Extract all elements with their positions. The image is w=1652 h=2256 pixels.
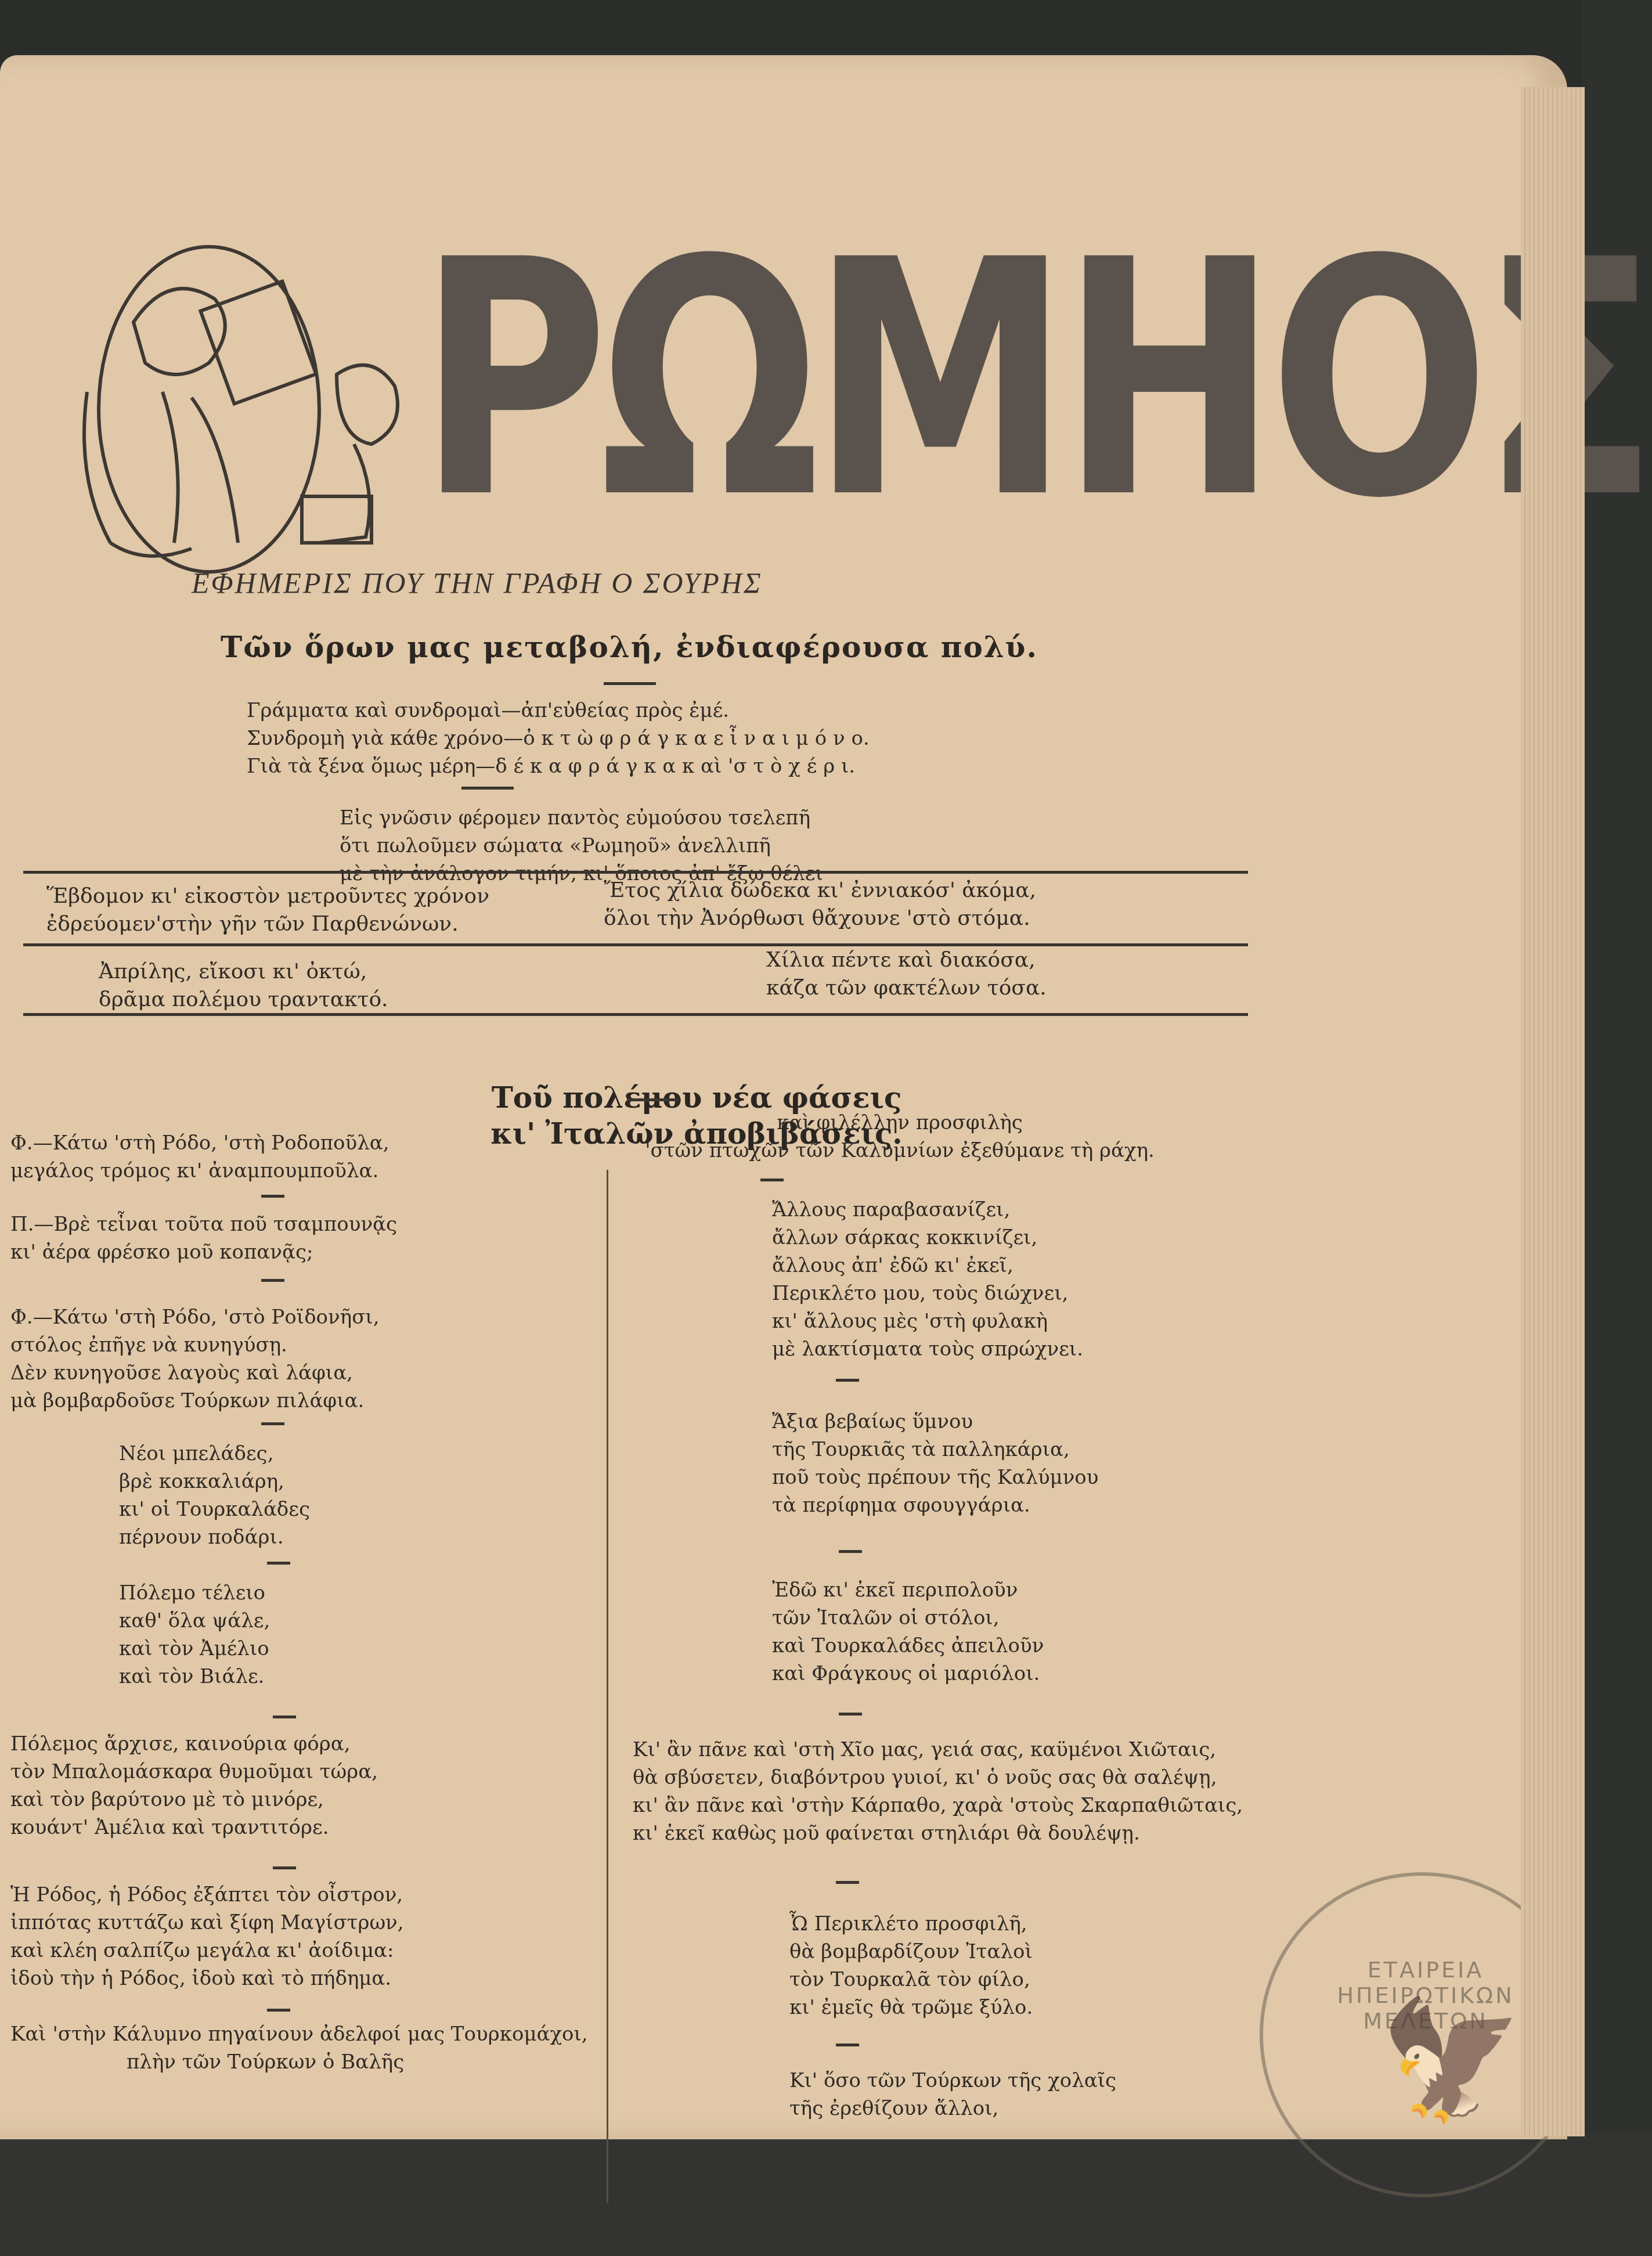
verse-line: ἄλλους ἀπ' ἐδῶ κι' ἐκεῖ, (772, 1252, 1083, 1280)
verse-line: 'στῶν πτωχῶν τῶν Καλυμνίων ἐξεθύμανε τὴ … (633, 1137, 1167, 1165)
short-rule (461, 787, 514, 790)
stanza: Κι' ἂν πᾶνε καὶ 'στὴ Χῖο μας, γειά σας, … (633, 1736, 1243, 1847)
dateline-line: δρᾶμα πολέμου τραντακτό. (99, 986, 388, 1014)
stanza: Φ.—Κάτω 'στὴ Ρόδο, 'στὸ Ροϊδονῆσι, στόλο… (10, 1303, 379, 1415)
dateline-line: κάζα τῶν φακτέλων τόσα. (766, 974, 1047, 1002)
short-rule (760, 1179, 784, 1181)
verse-line: πέρνουν ποδάρι. (119, 1523, 310, 1551)
eagle-icon: 🦅 (1379, 1992, 1524, 2128)
verse-line: πλὴν τῶν Τούρκων ὁ Βαλῆς (10, 2048, 588, 2076)
verse-line: μεγάλος τρόμος κι' ἀναμπουμποῦλα. (10, 1157, 389, 1185)
dateline-line: ὅλοι τὴν Ἀνόρθωσι θἄχουνε 'στὸ στόμα. (604, 904, 1036, 932)
short-rule (267, 2009, 290, 2012)
stanza: Κι' ὅσο τῶν Τούρκων τῆς χολαῖς τῆς ἐρεθί… (789, 2067, 1116, 2122)
dateline-line: Χίλια πέντε καὶ διακόσα, (766, 946, 1047, 974)
verse-line: τὰ περίφημα σφουγγάρια. (772, 1491, 1099, 1519)
dateline-left-top: Ἕβδομον κι' εἰκοστὸν μετροῦντες χρόνον ἐ… (46, 882, 489, 938)
verse-line: βρὲ κοκκαλιάρη, (119, 1468, 310, 1495)
verse-line: ἄλλων σάρκας κοκκινίζει, (772, 1224, 1083, 1252)
stanza: Πόλεμο τέλειο καθ' ὅλα ψάλε, καὶ τὸν Ἀμέ… (119, 1579, 270, 1691)
stanza: Ἄλλους παραβασανίζει, ἄλλων σάρκας κοκκι… (772, 1196, 1083, 1363)
verse-line: Φ.—Κάτω 'στὴ Ρόδο, 'στὴ Ροδοποῦλα, (10, 1129, 389, 1157)
verse-line: Πόλεμο τέλειο (119, 1579, 270, 1607)
verse-line: Περικλέτο μου, τοὺς διώχνει, (772, 1280, 1083, 1307)
short-rule (627, 1098, 679, 1101)
verse-line: κι' ἀέρα φρέσκο μοῦ κοπανᾷς; (10, 1238, 397, 1266)
verse-line: καὶ τὸν βαρύτονο μὲ τὸ μινόρε, (10, 1786, 378, 1814)
verse-line: καὶ κλέη σαλπίζω μεγάλα κι' ἀοίδιμα: (10, 1937, 404, 1965)
terms-line: Συνδρομὴ γιὰ κάθε χρόνο—ὀ κ τ ὼ φ ρ ά γ … (247, 725, 870, 752)
dateline-right-bottom: Χίλια πέντε καὶ διακόσα, κάζα τῶν φακτέλ… (766, 946, 1047, 1002)
stanza: Καὶ 'στὴν Κάλυμνο πηγαίνουν ἀδελφοί μας … (10, 2020, 588, 2076)
masthead-illustration-icon (64, 218, 470, 578)
verse-line: ἱππότας κυττάζω καὶ ξίφη Μαγίστρων, (10, 1909, 404, 1937)
verse-line: Ἡ Ρόδος, ἡ Ρόδος ἐξάπτει τὸν οἶστρον, (10, 1881, 404, 1909)
verse-line: Δὲν κυνηγοῦσε λαγοὺς καὶ λάφια, (10, 1359, 379, 1387)
dateline-right-top: Ἔτος χίλια δώδεκα κι' ἐννιακόσ' ἀκόμα, ὅ… (604, 877, 1036, 932)
stanza: καὶ φιλέλλην προσφιλὴς 'στῶν πτωχῶν τῶν … (633, 1109, 1167, 1165)
verse-line: καὶ φιλέλλην προσφιλὴς (633, 1109, 1167, 1137)
masthead-title: ΡΩΜΗΟΣ (418, 206, 1649, 554)
short-rule (273, 1866, 296, 1869)
verse-line: Καὶ 'στὴν Κάλυμνο πηγαίνουν ἀδελφοί μας … (10, 2020, 588, 2048)
horizontal-rule (23, 871, 1248, 874)
dateline-line: Ἕβδομον κι' εἰκοστὸν μετροῦντες χρόνον (46, 882, 489, 910)
stanza: Π.—Βρὲ τεἶναι τοῦτα ποῦ τσαμπουνᾷς κι' ἀ… (10, 1210, 397, 1266)
verse-line: τῶν Ἰταλῶν οἱ στόλοι, (772, 1604, 1044, 1632)
verse-line: καὶ τὸν Ἀμέλιο (119, 1635, 270, 1663)
dateline-left-bottom: Ἀπρίλης, εἴκοσι κι' ὀκτώ, δρᾶμα πολέμου … (99, 958, 388, 1014)
short-rule (836, 1379, 859, 1382)
verse-line: καθ' ὅλα ψάλε, (119, 1607, 270, 1635)
short-rule (836, 2044, 859, 2046)
stanza: Πόλεμος ἄρχισε, καινούρια φόρα, τὸν Μπαλ… (10, 1730, 378, 1841)
dateline-line: Ἀπρίλης, εἴκοσι κι' ὀκτώ, (99, 958, 388, 986)
notice-line: Εἰς γνῶσιν φέρομεν παντὸς εὐμούσου τσελε… (340, 804, 823, 832)
verse-line: κι' ἄλλους μὲς 'στὴ φυλακὴ (772, 1307, 1083, 1335)
short-rule (836, 1881, 859, 1884)
verse-line: στόλος ἐπῆγε νὰ κυνηγύσῃ. (10, 1331, 379, 1359)
verse-line: Κι' ἂν πᾶνε καὶ 'στὴ Χῖο μας, γειά σας, … (633, 1736, 1243, 1764)
verse-line: τὸν Μπαλομάσκαρα θυμοῦμαι τώρα, (10, 1758, 378, 1786)
verse-line: ποῦ τοὺς πρέπουν τῆς Καλύμνου (772, 1464, 1099, 1491)
verse-line: θὰ σβύσετεν, διαβόντρου γυιοί, κι' ὁ νοῦ… (633, 1764, 1243, 1792)
terms-line: Γράμματα καὶ συνδρομαὶ—ἀπ'εὐθείας πρὸς ἐ… (247, 697, 870, 725)
verse-line: καὶ τὸν Βιάλε. (119, 1663, 270, 1691)
verse-line: κι' ἐμεῖς θὰ τρῶμε ξύλο. (789, 1994, 1033, 2021)
verse-line: Πόλεμος ἄρχισε, καινούρια φόρα, (10, 1730, 378, 1758)
verse-line: Ἐδῶ κι' ἐκεῖ περιπολοῦν (772, 1576, 1044, 1604)
verse-line: Φ.—Κάτω 'στὴ Ρόδο, 'στὸ Ροϊδονῆσι, (10, 1303, 379, 1331)
notice-line: ὅτι πωλοῦμεν σώματα «Ρωμηοῦ» ἀνελλιπῆ (340, 832, 823, 860)
verse-line: μὰ βομβαρδοῦσε Τούρκων πιλάφια. (10, 1387, 379, 1415)
stanza: Νέοι μπελάδες, βρὲ κοκκαλιάρη, κι' οἱ Το… (119, 1440, 310, 1551)
verse-line: τῆς ἐρεθίζουν ἄλλοι, (789, 2095, 1116, 2122)
tagline: ΕΦΗΜΕΡΙΣ ΠΟΥ ΤΗΝ ΓΡΑΦΗ Ο ΣΟΥΡΗΣ (192, 566, 763, 600)
horizontal-rule (23, 1013, 1248, 1016)
verse-line: ἰδοὺ τὴν ἡ Ρόδος, ἰδοὺ καὶ τὸ πήδημα. (10, 1965, 404, 1992)
page-edges (1521, 87, 1585, 2136)
verse-line: Ἄλλους παραβασανίζει, (772, 1196, 1083, 1224)
short-rule (267, 1562, 290, 1565)
verse-line: τὸν Τουρκαλᾶ τὸν φίλο, (789, 1966, 1033, 1994)
short-rule (261, 1422, 284, 1425)
notice-block: Εἰς γνῶσιν φέρομεν παντὸς εὐμούσου τσελε… (340, 804, 823, 888)
stanza: Ὦ Περικλέτο προσφιλῆ, θὰ βομβαρδίζουν Ἰτ… (789, 1910, 1033, 2021)
verse-line: κι' οἱ Τουρκαλάδες (119, 1495, 310, 1523)
verse-line: καὶ Τουρκαλάδες ἀπειλοῦν (772, 1632, 1044, 1660)
verse-line: Νέοι μπελάδες, (119, 1440, 310, 1468)
short-rule (261, 1279, 284, 1282)
column-divider (607, 1170, 608, 2203)
short-rule (261, 1195, 284, 1198)
stanza: Φ.—Κάτω 'στὴ Ρόδο, 'στὴ Ροδοποῦλα, μεγάλ… (10, 1129, 389, 1185)
verse-line: Κι' ὅσο τῶν Τούρκων τῆς χολαῖς (789, 2067, 1116, 2095)
stanza: Ἄξια βεβαίως ὕμνου τῆς Τουρκιᾶς τὰ παλλη… (772, 1408, 1099, 1519)
subscription-headline: Τῶν ὅρων μας μεταβολή, ἐνδιαφέρουσα πολύ… (221, 630, 1038, 664)
verse-line: θὰ βομβαρδίζουν Ἰταλοὶ (789, 1938, 1033, 1966)
verse-line: Π.—Βρὲ τεἶναι τοῦτα ποῦ τσαμπουνᾷς (10, 1210, 397, 1238)
dateline-line: ἐδρεύομεν'στὴν γῆν τῶν Παρθενώνων. (46, 910, 489, 938)
verse-line: κι' ἐκεῖ καθὼς μοῦ φαίνεται στηλιάρι θὰ … (633, 1819, 1243, 1847)
verse-line: Ἄξια βεβαίως ὕμνου (772, 1408, 1099, 1436)
verse-line: Ὦ Περικλέτο προσφιλῆ, (789, 1910, 1033, 1938)
verse-line: κι' ἂν πᾶνε καὶ 'στὴν Κάρπαθο, χαρὰ 'στο… (633, 1792, 1243, 1819)
terms-line: Γιὰ τὰ ξένα ὅμως μέρη—δ έ κ α φ ρ ά γ κ … (247, 752, 870, 780)
short-rule (839, 1550, 862, 1553)
verse-line: καὶ Φράγκους οἱ μαριόλοι. (772, 1660, 1044, 1688)
short-rule (839, 1713, 862, 1716)
stanza: Ἐδῶ κι' ἐκεῖ περιπολοῦν τῶν Ἰταλῶν οἱ στ… (772, 1576, 1044, 1688)
short-rule (273, 1716, 296, 1718)
masthead: ΡΩΜΗΟΣ (46, 206, 1196, 578)
horizontal-rule (23, 943, 1248, 946)
terms-block: Γράμματα καὶ συνδρομαὶ—ἀπ'εὐθείας πρὸς ἐ… (247, 697, 870, 780)
dateline-line: Ἔτος χίλια δώδεκα κι' ἐννιακόσ' ἀκόμα, (604, 877, 1036, 904)
stanza: Ἡ Ρόδος, ἡ Ρόδος ἐξάπτει τὸν οἶστρον, ἱπ… (10, 1881, 404, 1992)
verse-line: κουάντ' Ἀμέλια καὶ τραντιτόρε. (10, 1814, 378, 1841)
verse-line: τῆς Τουρκιᾶς τὰ παλληκάρια, (772, 1436, 1099, 1464)
short-rule (604, 682, 656, 685)
verse-line: μὲ λακτίσματα τοὺς σπρώχνει. (772, 1335, 1083, 1363)
newspaper-page: ΡΩΜΗΟΣ ΕΦΗΜΕΡΙΣ ΠΟΥ ΤΗΝ ΓΡΑΦΗ Ο ΣΟΥΡΗΣ Τ… (0, 55, 1567, 2139)
